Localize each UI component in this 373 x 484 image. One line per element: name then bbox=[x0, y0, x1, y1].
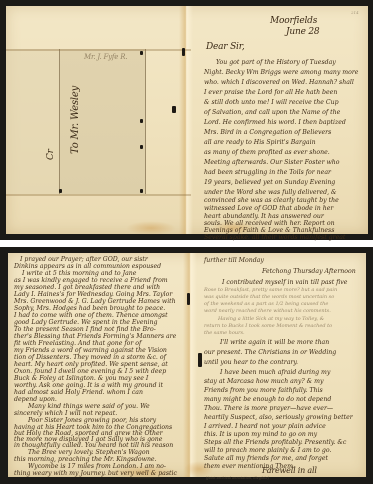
text-line: Steps all the Friends profitably. Presen… bbox=[204, 440, 346, 446]
seal-wax-mark bbox=[172, 106, 176, 113]
text-line: who. which I discovered on Wed. Hannah? … bbox=[204, 80, 354, 86]
fold-line-horizontal bbox=[6, 194, 191, 196]
text-line: under the Word she was fully delivered, … bbox=[204, 190, 337, 196]
seal-wax-mark bbox=[59, 189, 62, 193]
letter-date: June 28 bbox=[286, 27, 319, 37]
text-line: Mrs. Bird in a Congregation of Believers bbox=[204, 130, 331, 136]
scan-inner-sheet: I prayed our Prayer; after GOD, our sist… bbox=[0, 247, 373, 484]
text-line: thing weary with my Journey. but very we… bbox=[14, 471, 177, 477]
text-line: Having a little Sick at my way to Tolley… bbox=[218, 317, 324, 322]
paper-sheet-outer: Mr. J. Fyfe R. To Mr. Wesley Cr 214 Moor… bbox=[6, 6, 368, 234]
margin-mark: Cr bbox=[46, 149, 56, 160]
fold-line-vertical bbox=[179, 6, 193, 234]
text-line: convinced she was as clearly taught by t… bbox=[204, 198, 339, 204]
text-line: Salute all my friends for me, and forget bbox=[204, 456, 328, 462]
seal-wax-mark bbox=[182, 48, 185, 56]
archive-page-number: 214 bbox=[351, 10, 359, 15]
text-line: Fetchong Thursday Afternoon bbox=[262, 269, 356, 275]
fold-line-horizontal bbox=[6, 49, 191, 51]
letter-salutation: Dear Sir, bbox=[206, 42, 245, 52]
text-line: Rose to Breakfast, pretty same more? but… bbox=[204, 288, 337, 293]
text-line: I arrived. I heard not your plain advice bbox=[204, 424, 326, 430]
text-line: I ever praise the Lord for all He hath b… bbox=[204, 90, 337, 96]
archival-footer-note: [faint archival annotation, illegible] bbox=[206, 477, 269, 481]
text-line: Thou. There is more prayer—have ever— bbox=[204, 406, 333, 412]
fold-line-vertical bbox=[183, 253, 197, 477]
text-line: I contributed myself in vain till past f… bbox=[222, 280, 347, 286]
seal-wax-mark bbox=[140, 145, 143, 149]
text-line: had been struggling in the Toils for nea… bbox=[204, 170, 331, 176]
text-line: Night. Becky Wm Briggs were among many m… bbox=[204, 70, 358, 76]
text-line: was quite outside that the words most un… bbox=[204, 295, 334, 300]
text-line: this. It is upon my mind to go on my bbox=[204, 432, 317, 438]
text-line: all are ready to His Spirit's Bargain bbox=[204, 140, 316, 146]
scan-outer-sheet: Mr. J. Fyfe R. To Mr. Wesley Cr 214 Moor… bbox=[0, 0, 373, 240]
text-line: Friends from you more faithfully. This bbox=[204, 388, 323, 394]
docket-note: Mr. J. Fyfe R. bbox=[84, 53, 127, 61]
text-line: the same hours. bbox=[204, 331, 245, 336]
text-line: of the weekend as a part as 1/2 being ca… bbox=[204, 302, 328, 307]
left-flap bbox=[6, 49, 59, 194]
text-line: heartily Suspect, also, seriously growin… bbox=[204, 415, 353, 421]
seal-wax-mark bbox=[140, 51, 143, 55]
seal-wax-mark bbox=[187, 293, 190, 305]
text-line: 19 years, believed yet on Sunday Evening bbox=[204, 180, 335, 186]
text-line: further till Monday bbox=[204, 258, 264, 264]
text-line: will to preach more plainly & I am to go… bbox=[204, 448, 331, 454]
text-line: word nearly reached there without his co… bbox=[204, 309, 331, 314]
address-vertical: To Mr. Wesley bbox=[70, 86, 81, 154]
text-line: our present. The Christians in or Weddin… bbox=[204, 350, 336, 356]
text-line: until you hear to the contrary. bbox=[204, 360, 298, 366]
text-line: You got part of the History of Tuesday bbox=[216, 60, 336, 66]
text-line: & still doth unto me! I will receive the… bbox=[204, 100, 339, 106]
seal-wax-mark bbox=[140, 189, 143, 193]
text-line: Meeting afterwards. Our Sister Foster wh… bbox=[204, 160, 340, 166]
closing-farewell: Farewell in all bbox=[262, 466, 317, 475]
seal-wax-mark bbox=[198, 353, 202, 367]
text-line: many might be enough to do not depend bbox=[204, 397, 331, 403]
seal-wax-mark bbox=[140, 119, 143, 123]
text-line: as many of them profited as ever shone. bbox=[204, 150, 330, 156]
paper-sheet-inner: I prayed our Prayer; after GOD, our sist… bbox=[8, 253, 366, 477]
text-line: return to Bucks I took some Moment & rea… bbox=[204, 324, 332, 329]
text-line: of Salvation, and call upon the Name of … bbox=[204, 110, 340, 116]
text-line: stay at Marcasa how much any? & my bbox=[204, 379, 323, 385]
letter-place: Moorfields bbox=[270, 16, 317, 26]
text-line: Lord. He confirmed his word. I then bapt… bbox=[204, 120, 346, 126]
text-line: I have been much afraid during my bbox=[220, 370, 330, 376]
water-stain bbox=[126, 221, 176, 235]
text-line: witnessed Love of GOD that abode in her bbox=[204, 206, 333, 212]
text-line: Several spake. all their words manifest … bbox=[204, 235, 345, 241]
text-line: I'll write again it will be more than bbox=[220, 340, 329, 346]
